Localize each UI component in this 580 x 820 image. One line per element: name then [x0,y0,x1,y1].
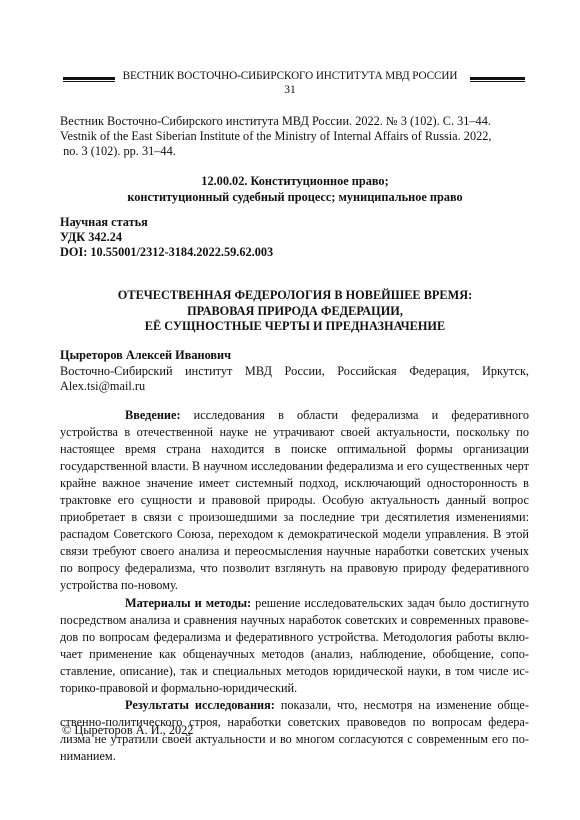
article-title: ОТЕЧЕСТВЕННАЯ ФЕДЕРОЛОГИЯ В НОВЕЙШЕЕ ВРЕ… [60,288,530,335]
udc-code: УДК 342.24 [60,230,273,245]
header-rule-left [63,77,115,82]
title-line-3: ЕЁ СУЩНОСТНЫЕ ЧЕРТЫ И ПРЕДНАЗНАЧЕНИЕ [60,319,530,335]
section-label: Материалы и методы: [125,596,251,610]
copyright-notice: © Цыреторов А. И., 2022 [62,723,193,738]
citation-en-line-2: no. 3 (102). pp. 31–44. [60,144,530,159]
citation-ru: Вестник Восточно-Сибирского института МВ… [60,114,530,129]
rubric-line-2: конституционный судебный процесс; муници… [60,189,530,205]
specialty-rubric: 12.00.02. Конституционное право; констит… [60,173,530,205]
author-name: Цыреторов Алексей Иванович [60,348,529,364]
citation-block: Вестник Восточно-Сибирского института МВ… [60,114,530,160]
article-type: Научная статья [60,215,273,230]
section-label: Результаты исследования: [125,698,275,712]
section-text: решение исследовательских задач было дос… [60,596,529,695]
abstract-introduction: Введение: исследования в области федерал… [60,407,529,595]
running-head: ВЕСТНИК ВОСТОЧНО-СИБИРСКОГО ИНСТИТУТА МВ… [60,69,520,83]
author-email[interactable]: Alex.tsi@mail.ru [60,379,529,395]
section-label: Введение: [125,408,181,422]
author-affiliation: Восточно-Сибирский институт МВД России, … [60,364,529,380]
journal-title: ВЕСТНИК ВОСТОЧНО-СИБИРСКОГО ИНСТИТУТА МВ… [123,69,458,83]
doi[interactable]: DOI: 10.55001/2312-3184.2022.59.62.003 [60,245,273,260]
journal-page: ВЕСТНИК ВОСТОЧНО-СИБИРСКОГО ИНСТИТУТА МВ… [0,0,580,820]
title-line-2: ПРАВОВАЯ ПРИРОДА ФЕДЕРАЦИИ, [60,304,530,320]
citation-en-line-1: Vestnik of the East Siberian Institute o… [60,129,530,144]
rubric-line-1: 12.00.02. Конституционное право; [60,173,530,189]
section-text: исследования в области федерализма и фед… [60,408,529,592]
abstract: Введение: исследования в области федерал… [60,407,529,765]
header-rule-right [470,77,525,82]
title-line-1: ОТЕЧЕСТВЕННАЯ ФЕДЕРОЛОГИЯ В НОВЕЙШЕЕ ВРЕ… [60,288,530,304]
author-block: Цыреторов Алексей Иванович Восточно-Сиби… [60,348,529,395]
abstract-materials-methods: Материалы и методы: решение исследовател… [60,595,529,697]
article-meta: Научная статья УДК 342.24 DOI: 10.55001/… [60,215,273,261]
page-number: 31 [0,84,580,96]
